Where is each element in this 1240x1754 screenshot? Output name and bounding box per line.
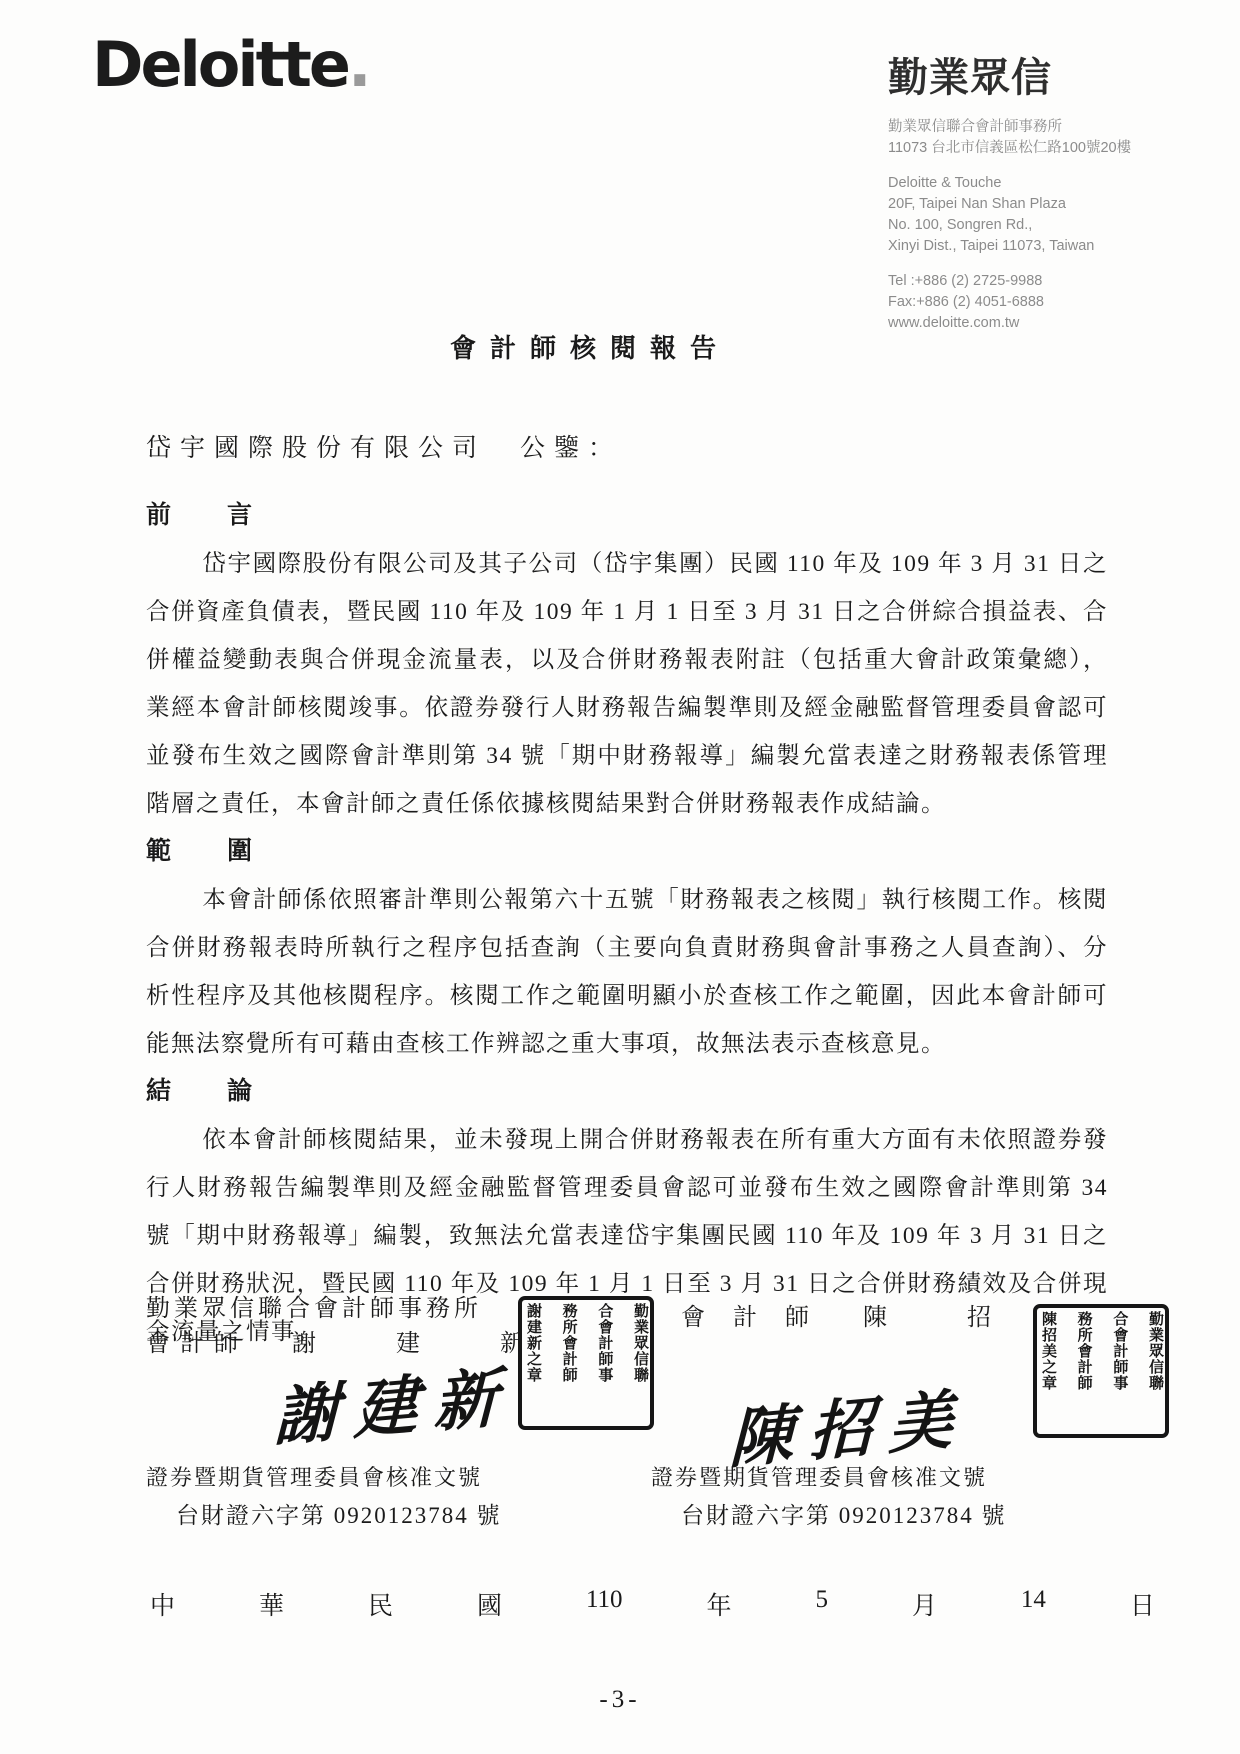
section-heading-conclusion: 結 論	[146, 1068, 1108, 1116]
section-body-foreword: 岱宇國際股份有限公司及其子公司（岱宇集團）民國 110 年及 109 年 3 月…	[146, 540, 1108, 828]
seal-text-column: 合會計師事	[1111, 1311, 1126, 1431]
section-body-scope: 本會計師係依照審計準則公報第六十五號「財務報表之核閱」執行核閱工作。核閱合併財務…	[146, 876, 1108, 1068]
approval-number-left: 台財證六字第 0920123784 號	[146, 1496, 651, 1536]
page-number: -3-	[0, 1686, 1240, 1714]
date-char: 民	[368, 1586, 393, 1622]
deloitte-logo: Deloitte.	[92, 28, 372, 101]
fax-line: Fax:+886 (2) 4051-6888	[888, 292, 1168, 313]
addressee-greeting: 岱宇國際股份有限公司 公鑒：	[146, 428, 622, 464]
signature-left: 勤業眾信聯合會計師事務所 會 計 師 謝 建 新 謝建新 勤業眾信聯 合會計師事…	[146, 1292, 661, 1362]
signature-block: 勤業眾信聯合會計師事務所 會 計 師 謝 建 新 謝建新 勤業眾信聯 合會計師事…	[146, 1292, 1156, 1452]
date-month-value: 5	[815, 1586, 828, 1622]
approval-left: 證券暨期貨管理委員會核准文號 台財證六字第 0920123784 號	[146, 1460, 651, 1536]
report-body: 前 言 岱宇國際股份有限公司及其子公司（岱宇集團）民國 110 年及 109 年…	[146, 492, 1108, 1356]
date-char: 月	[912, 1586, 937, 1622]
approval-authority-left: 證券暨期貨管理委員會核准文號	[146, 1460, 651, 1496]
firm-line-zh-2: 11073 台北市信義區松仁路100號20樓	[888, 138, 1168, 159]
scanned-report-page: Deloitte. 勤業眾信 勤業眾信聯合會計師事務所 11073 台北市信義區…	[0, 0, 1240, 1754]
seal-text-column: 勤業眾信聯	[1147, 1311, 1162, 1431]
firm-name-chinese: 勤業眾信	[888, 46, 1168, 103]
seal-text-column: 務所會計師	[1076, 1311, 1091, 1431]
approval-right: 證券暨期貨管理委員會核准文號 台財證六字第 0920123784 號	[651, 1460, 1156, 1536]
date-char: 日	[1130, 1586, 1155, 1622]
seal-text-column: 勤業眾信聯	[632, 1303, 647, 1423]
approval-number-right: 台財證六字第 0920123784 號	[651, 1496, 1156, 1536]
letterhead-spacer	[888, 159, 1168, 173]
seal-text-column: 合會計師事	[596, 1303, 611, 1423]
handwritten-signature-left: 謝建新	[274, 1345, 515, 1458]
seal-text-column: 謝建新之章	[525, 1303, 540, 1423]
section-heading-foreword: 前 言	[146, 492, 1108, 540]
approval-authority-right: 證券暨期貨管理委員會核准文號	[651, 1460, 1156, 1496]
report-date-line: 中 華 民 國 110 年 5 月 14 日	[150, 1586, 1155, 1622]
firm-line-en-1: Deloitte & Touche	[888, 173, 1168, 194]
firm-line-en-4: Xinyi Dist., Taipei 11073, Taiwan	[888, 236, 1168, 257]
date-char: 年	[706, 1586, 731, 1622]
firm-line-en-2: 20F, Taipei Nan Shan Plaza	[888, 194, 1168, 215]
letterhead-address-block: 勤業眾信 勤業眾信聯合會計師事務所 11073 台北市信義區松仁路100號20樓…	[888, 46, 1168, 334]
report-title: 會計師核閱報告	[0, 328, 1180, 365]
date-day-value: 14	[1021, 1586, 1046, 1622]
seal-text-column: 陳招美之章	[1040, 1311, 1055, 1431]
approval-numbers: 證券暨期貨管理委員會核准文號 台財證六字第 0920123784 號 證券暨期貨…	[146, 1460, 1156, 1536]
date-char: 國	[477, 1586, 502, 1622]
deloitte-logo-dot: .	[348, 28, 372, 101]
deloitte-logo-text: Deloitte	[92, 28, 348, 101]
date-char: 華	[259, 1586, 284, 1622]
section-heading-scope: 範 圍	[146, 828, 1108, 876]
accountant-seal-right: 勤業眾信聯 合會計師事 務所會計師 陳招美之章	[1033, 1304, 1169, 1438]
date-year-value: 110	[586, 1586, 623, 1622]
firm-line-en-3: No. 100, Songren Rd.,	[888, 215, 1168, 236]
seal-text-column: 務所會計師	[561, 1303, 576, 1423]
phone-line: Tel :+886 (2) 2725-9988	[888, 271, 1168, 292]
firm-line-zh-1: 勤業眾信聯合會計師事務所	[888, 117, 1168, 138]
letterhead-spacer	[888, 257, 1168, 271]
signature-right: 會 計 師 陳 招 美 陳招美 勤業眾信聯 合會計師事 務所會計師 陳招美之章	[681, 1300, 1156, 1336]
date-char: 中	[150, 1586, 175, 1622]
accountant-seal-left: 勤業眾信聯 合會計師事 務所會計師 謝建新之章	[518, 1296, 654, 1430]
